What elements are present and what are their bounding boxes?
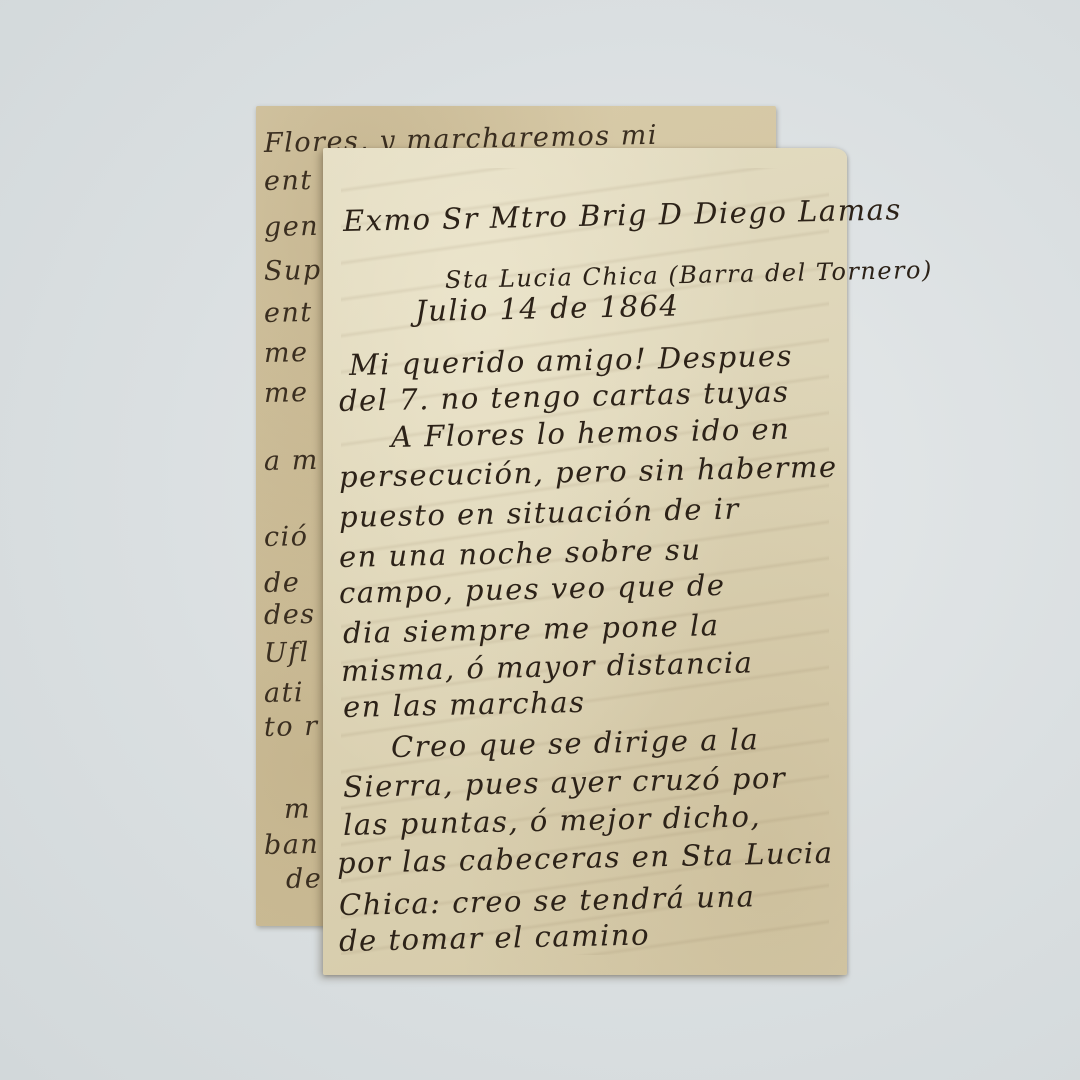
letter-line: en las marchas <box>343 685 586 724</box>
letter-line: persecución, pero sin haberme <box>339 450 838 494</box>
letter-line: puesto en situación de ir <box>339 492 741 534</box>
letter-line: A Flores lo hemos ido en <box>391 412 791 454</box>
back-page-fragment: ati <box>264 677 305 709</box>
letter-line: Chica: creo se tendrá una <box>339 879 756 922</box>
back-page-fragment: gen <box>264 211 320 243</box>
letter-date: Julio 14 de 1864 <box>415 288 680 328</box>
letter-line: en una noche sobre su <box>339 532 702 574</box>
back-page-fragment: de <box>286 863 323 895</box>
letter-line: campo, pues veo que de <box>339 568 726 610</box>
back-page-fragment: des <box>264 599 316 631</box>
letter-place: Sta Lucia Chica (Barra del Tornero) <box>445 256 933 294</box>
back-page-fragment: ció <box>264 521 309 553</box>
back-page-fragment: a m <box>264 445 319 477</box>
back-page-fragment: ent <box>264 297 313 329</box>
letter-line: por las cabeceras en Sta Lucia <box>337 836 834 880</box>
back-page-fragment: ent <box>264 165 313 197</box>
back-page-fragment: to r <box>264 711 319 743</box>
back-page-fragment: de <box>264 567 301 599</box>
letter-line: Sierra, pues ayer cruzó por <box>343 761 787 804</box>
letter-addressee: Exmo Sr Mtro Brig D Diego Lamas <box>343 192 902 238</box>
front-letter-page: Exmo Sr Mtro Brig D Diego Lamas Sta Luci… <box>323 148 847 975</box>
back-page-fragment: Sup <box>264 255 322 287</box>
letter-line: misma, ó mayor distancia <box>341 645 754 688</box>
letter-line: del 7. no tengo cartas tuyas <box>339 375 790 418</box>
letter-line: Creo que se dirige a la <box>391 722 760 764</box>
back-page-fragment: me <box>264 337 309 369</box>
letter-line: las puntas, ó mejor dicho, <box>343 799 762 842</box>
letter-line: dia siempre me pone la <box>343 608 720 650</box>
back-page-fragment: me <box>264 377 309 409</box>
back-page-fragment: m <box>284 793 312 825</box>
letter-line: de tomar el camino <box>339 917 651 958</box>
back-page-fragment: ban <box>264 829 320 861</box>
back-page-fragment: Ufl <box>264 637 311 669</box>
